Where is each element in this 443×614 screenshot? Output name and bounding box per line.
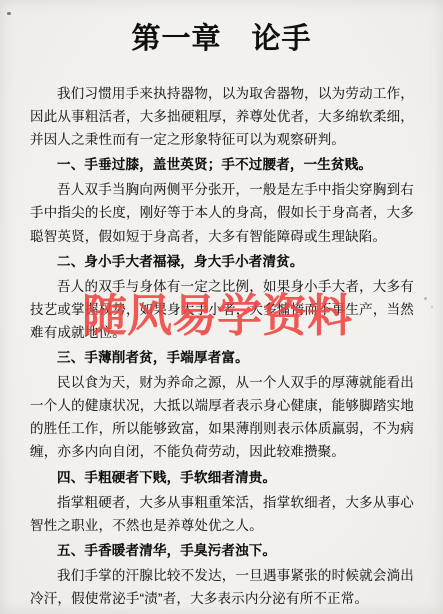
book-page: 第一章 论手 我们习惯用手来执持器物，以为取舍器物，以为劳动工作，因此从事粗活者… [0,0,443,614]
paragraph: 我们习惯用手来执持器物，以为取舍器物，以为劳动工作，因此从事粗活者，大多拙硬粗厚… [30,82,414,151]
paragraph: 吾人的双手与身体有一定之比例，如果身小手大者，大多有技艺或掌握权势，如果身大手小… [30,275,414,344]
section-heading: 一、手垂过膝，盖世英贤；手不过腰者，一生贫贱。 [30,153,414,176]
paragraph: 我们手掌的汗腺比较不发达，一旦遇事紧张的时候就会淌出冷汗，假使常泌手“渍”者，大… [30,564,414,610]
section-heading: 五、手香暖者清华，手臭污者浊下。 [30,539,414,562]
section-heading: 三、手薄削者贫，手端厚者富。 [30,346,414,369]
paragraph: 吾人双手当胸向两侧平分张开，一般是左手中指尖穿胸到右手中指尖的长度，刚好等于本人… [30,178,414,247]
paragraph: 民以食为天，财为养命之源，从一个人双手的厚薄就能看出一个人的健康状况，大抵以端厚… [30,371,414,463]
section-heading: 四、手粗硬者下贱，手软细者清贵。 [30,466,414,489]
scan-speck [424,297,427,300]
paragraph: 指掌粗硬者，大多从事粗重笨活，指掌软细者，大多从事心智性之职业，不然也是养尊处优… [30,491,414,537]
chapter-title: 第一章 论手 [0,16,443,57]
section-heading: 二、身小手大者福禄，身大手小者清贫。 [30,250,414,273]
scan-speck [7,12,11,15]
scan-speck [431,306,433,308]
page-body: 我们习惯用手来执持器物，以为取舍器物，以为劳动工作，因此从事粗活者，大多拙硬粗厚… [30,82,414,610]
